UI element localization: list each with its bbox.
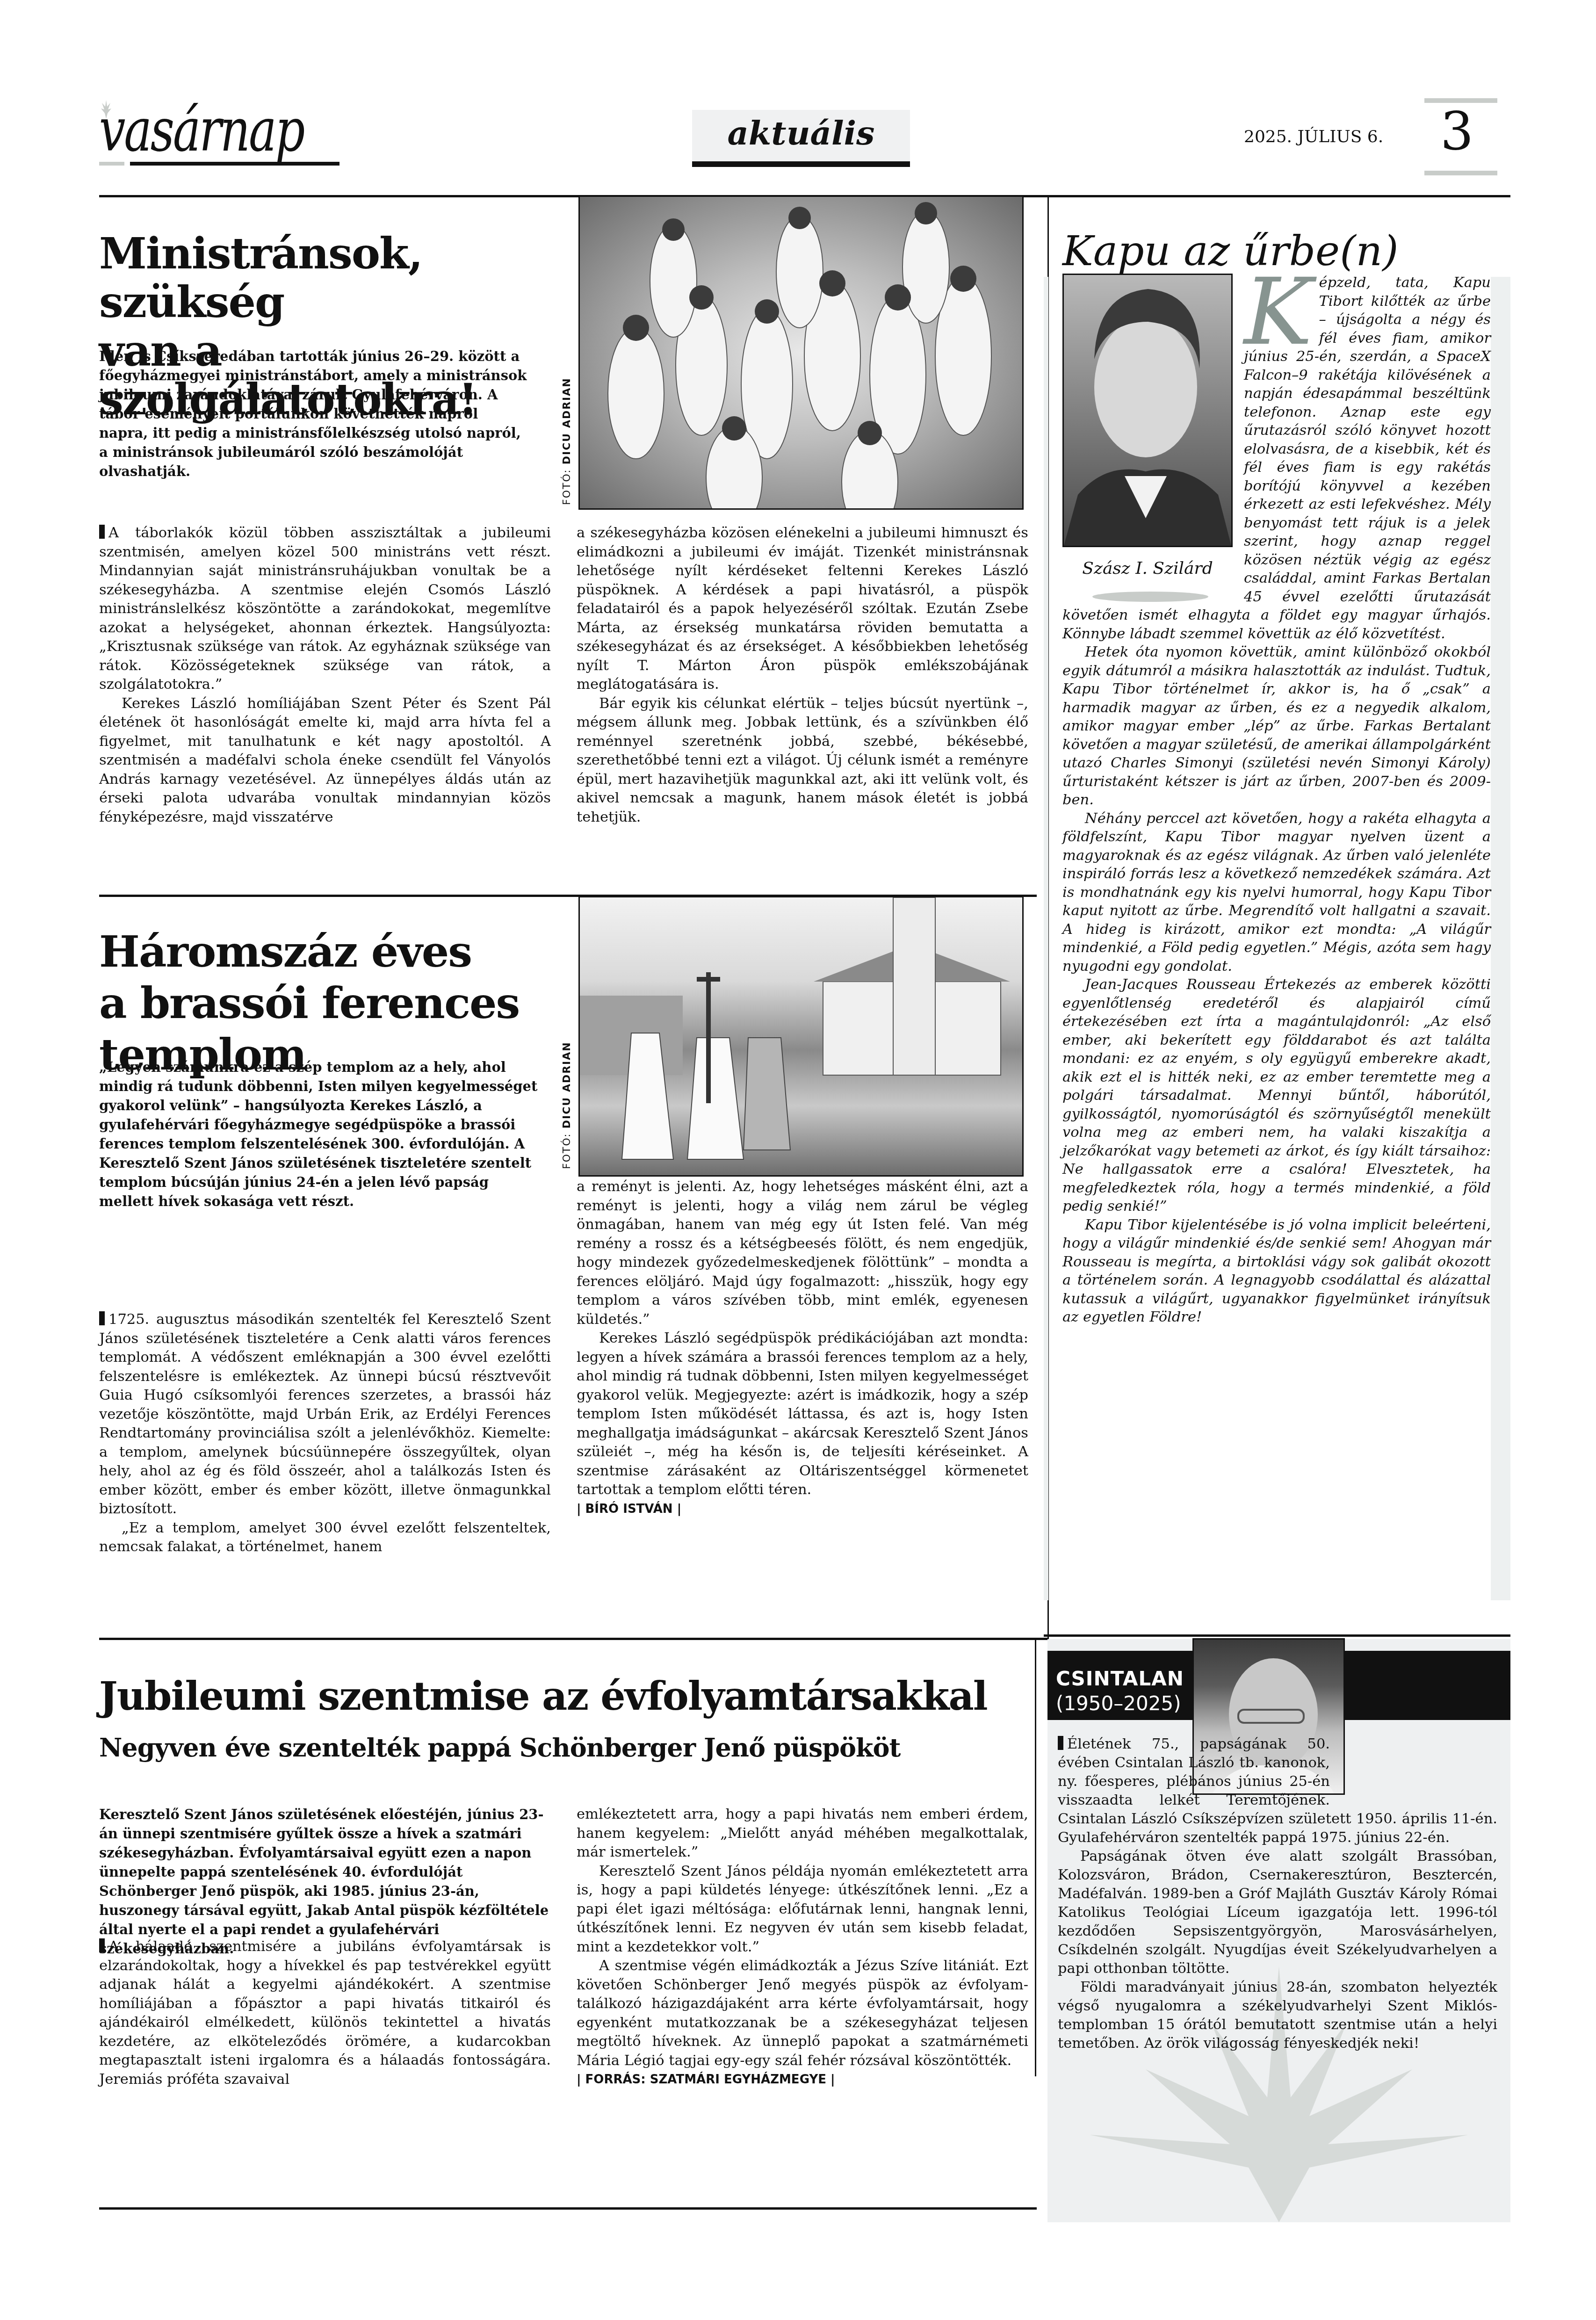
article3-subtitle: Negyven éve szentelték pappá Schönberger… — [99, 1735, 901, 1760]
article2-column2: a reményt is jelenti. Az, hogy lehetsége… — [577, 1178, 1028, 1518]
article2-photo — [578, 896, 1024, 1177]
article3-title: Jubileumi szentmise az évfolyamtársakkal — [99, 1677, 987, 1716]
masthead: vasárnap — [99, 101, 303, 160]
column-panel-right — [1491, 277, 1510, 1600]
section-underline — [692, 161, 910, 167]
article2-photo-credit: FOTÓ: DICU ADRIAN — [561, 1041, 573, 1169]
issue-date: 2025. JÚLIUS 6. — [1244, 127, 1383, 146]
photo-float-spacer — [1330, 1735, 1497, 1794]
masthead-underline — [130, 162, 339, 166]
article1-photo — [578, 195, 1024, 510]
photo-float-spacer — [1062, 274, 1244, 601]
article1-title-line1: Ministránsok, szükség — [99, 229, 604, 326]
column-body: Képzeld, tata, Kapu Tibort kilőtték az ű… — [1062, 274, 1491, 1327]
article1-column2: a székesegyházba közösen elénekelni a ju… — [577, 524, 1028, 827]
paragraph-marker-icon — [99, 525, 105, 539]
masthead-underline-accent — [99, 162, 124, 166]
column-bottom-rule — [1044, 1634, 1510, 1637]
page-bottom-rule — [99, 2207, 1037, 2210]
page-number: 3 — [1440, 105, 1473, 158]
article2-lead: „Legyen számunkra ez a szép templom az a… — [99, 1058, 539, 1211]
page-number-bar-bottom — [1424, 171, 1497, 175]
obituary-years: (1950–2025) — [1056, 1692, 1181, 1715]
dropcap: K — [1244, 277, 1312, 347]
paragraph-marker-icon — [99, 1938, 105, 1952]
article2-column1: 1725. augusztus másodikán szentelték fel… — [99, 1310, 551, 1557]
article2-bottom-rule — [99, 1638, 1047, 1640]
article3-column2: emlékeztetett arra, hogy a papi hivatás … — [577, 1805, 1028, 2089]
column-panel-left — [1044, 277, 1048, 1600]
obituary-body: Életének 75., papságának 50. évében Csin… — [1058, 1735, 1497, 2053]
article3-column1: A hálaadó szentmisére a jubiláns évfolya… — [99, 1937, 551, 2089]
article1-lead: Idén is Csíkszeredában tartották június … — [99, 347, 529, 481]
column-title: Kapu az űrbe(n) — [1062, 231, 1398, 272]
article3-byline: | FORRÁS: SZATMÁRI EGYHÁZMEGYE | — [577, 2070, 1028, 2089]
article1-column1: A táborlakók közül többen asszisztáltak … — [99, 524, 551, 827]
paragraph-marker-icon — [1058, 1736, 1063, 1750]
paragraph-marker-icon — [99, 1311, 105, 1325]
article2-byline: | BÍRÓ ISTVÁN | — [577, 1500, 1028, 1519]
section-label: aktuális — [692, 117, 910, 150]
obituary-left-rule — [1035, 1639, 1036, 2076]
article1-photo-credit: FOTÓ: DICU ADRIAN — [561, 377, 573, 505]
article3-lead: Keresztelő Szent János születésének előe… — [99, 1805, 551, 1959]
article2-title: Háromszáz éves a brassói ferences templo… — [99, 926, 557, 1080]
